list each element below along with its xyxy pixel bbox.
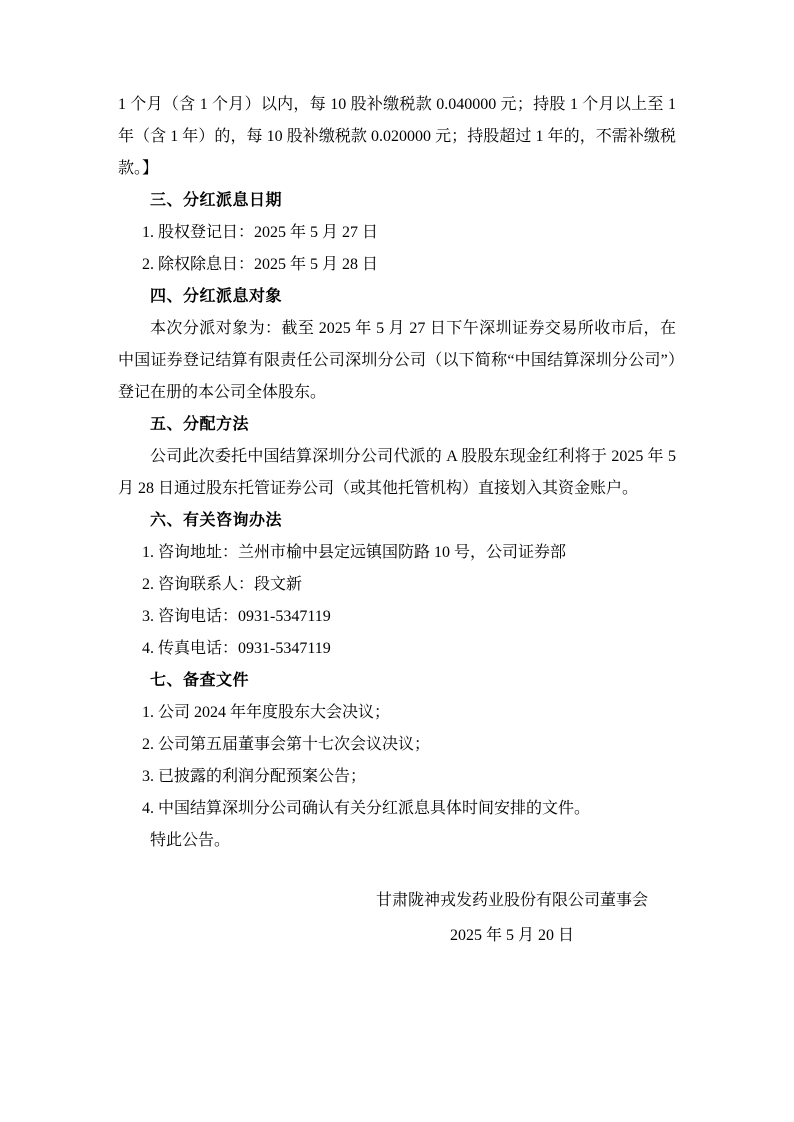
list-item-consultation-contact: 2. 咨询联系人：段文新 <box>118 569 676 601</box>
list-item-profit-distribution-plan: 3. 已披露的利润分配预案公告； <box>118 761 676 793</box>
signature-date: 2025 年 5 月 20 日 <box>450 920 574 952</box>
list-item-board-meeting-resolution: 2. 公司第五届董事会第十七次会议决议； <box>118 729 676 761</box>
section-heading-dividend-dates: 三、分红派息日期 <box>118 185 676 217</box>
list-item-csdc-confirmation-document: 4. 中国结算深圳分公司确认有关分红派息具体时间安排的文件。 <box>118 793 676 825</box>
closing-statement: 特此公告。 <box>118 825 676 857</box>
list-item-consultation-address: 1. 咨询地址：兰州市榆中县定远镇国防路 10 号，公司证券部 <box>118 537 676 569</box>
section-heading-reference-documents: 七、备查文件 <box>118 665 676 697</box>
list-item-consultation-phone: 3. 咨询电话：0931-5347119 <box>118 601 676 633</box>
list-item-shareholders-meeting-resolution: 1. 公司 2024 年年度股东大会决议； <box>118 697 676 729</box>
announcement-page: 1 个月（含 1 个月）以内，每 10 股补缴税款 0.040000 元；持股 … <box>0 0 794 1122</box>
paragraph-dividend-recipients: 本次分派对象为：截至 2025 年 5 月 27 日下午深圳证券交易所收市后，在… <box>118 313 676 409</box>
section-heading-dividend-recipients: 四、分红派息对象 <box>118 281 676 313</box>
signature-company-name: 甘肃陇神戎发药业股份有限公司董事会 <box>376 885 648 917</box>
paragraph-distribution-method: 公司此次委托中国结算深圳分公司代派的 A 股股东现金红利将于 2025 年 5 … <box>118 441 676 505</box>
list-item-ex-dividend-date: 2. 除权除息日：2025 年 5 月 28 日 <box>118 249 676 281</box>
section-heading-distribution-method: 五、分配方法 <box>118 409 676 441</box>
section-heading-consultation: 六、有关咨询办法 <box>118 505 676 537</box>
signature-block: 甘肃陇神戎发药业股份有限公司董事会 2025 年 5 月 20 日 <box>376 885 648 952</box>
opening-paragraph-continuation: 1 个月（含 1 个月）以内，每 10 股补缴税款 0.040000 元；持股 … <box>118 89 676 185</box>
list-item-record-date: 1. 股权登记日：2025 年 5 月 27 日 <box>118 217 676 249</box>
list-item-fax-number: 4. 传真电话：0931-5347119 <box>118 633 676 665</box>
